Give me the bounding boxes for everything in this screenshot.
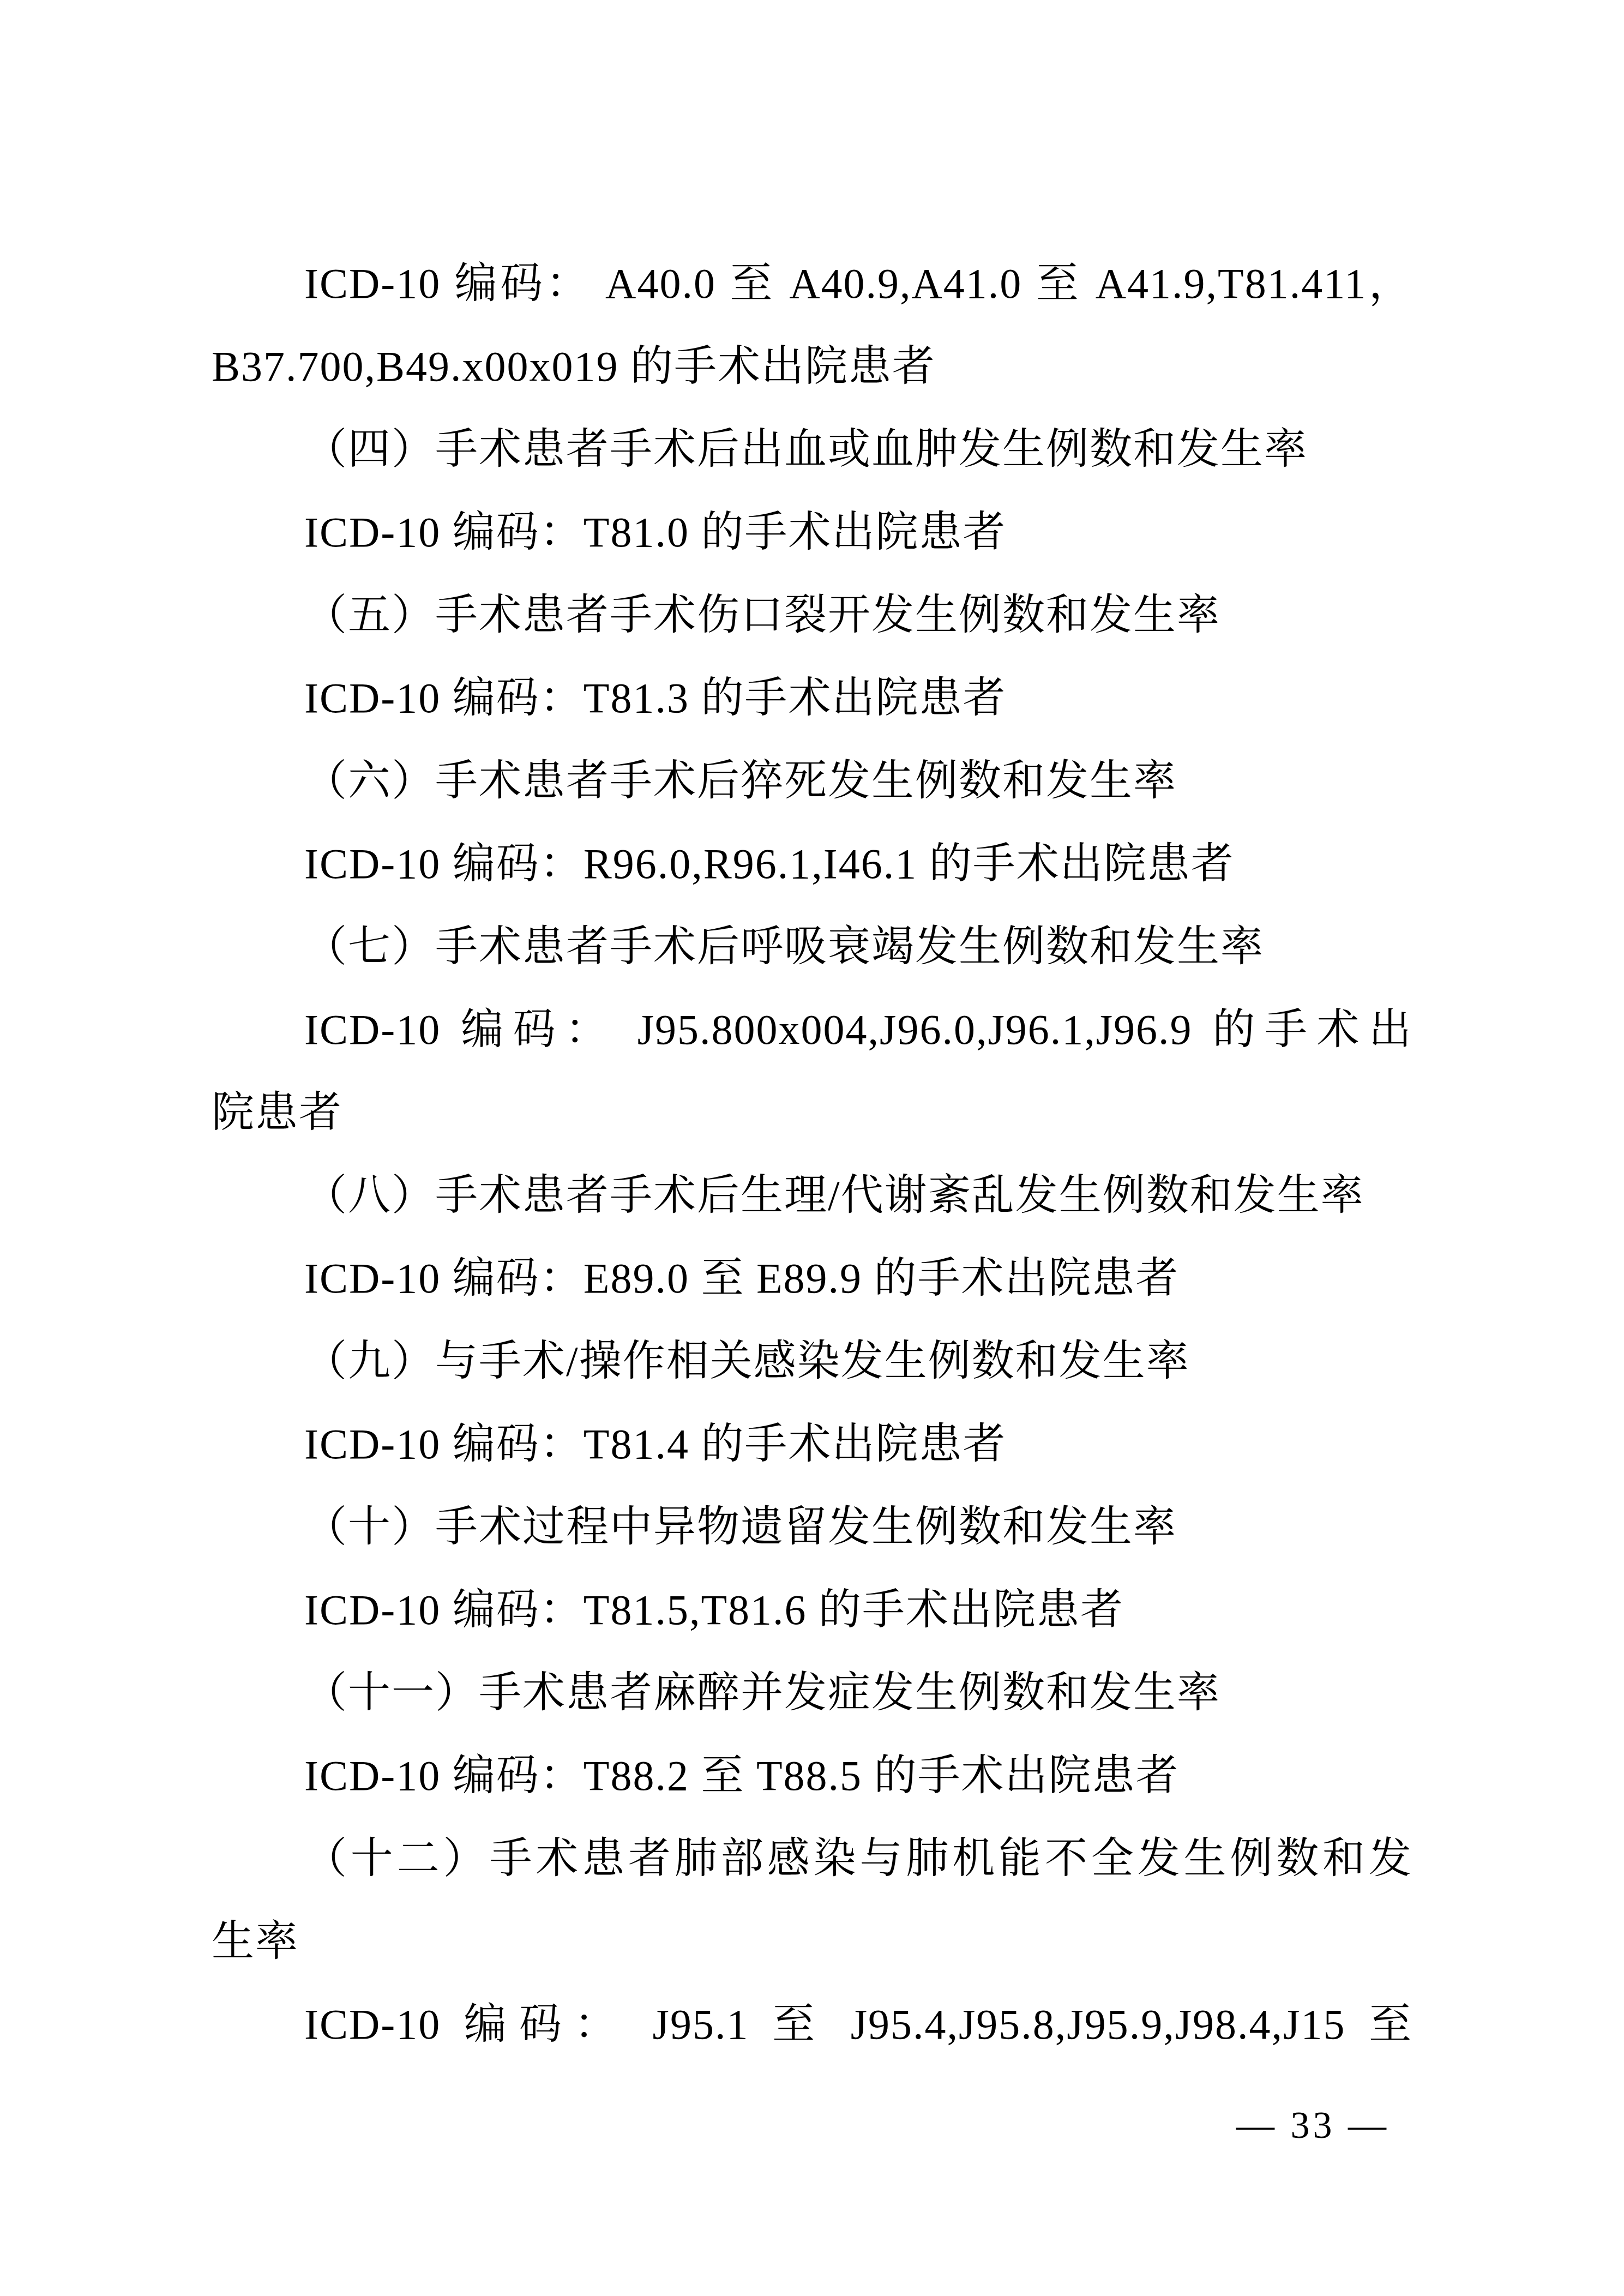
text-line: ICD-10 编码：T81.5,T81.6 的手术出院患者: [212, 1568, 1412, 1651]
text-line: （四）手术患者手术后出血或血肿发生例数和发生率: [212, 408, 1412, 491]
text-line: （六）手术患者手术后猝死发生例数和发生率: [212, 740, 1412, 822]
text-line: （九）与手术/操作相关感染发生例数和发生率: [212, 1320, 1412, 1403]
text-line: ICD-10 编码：T81.4 的手术出院患者: [212, 1403, 1412, 1486]
text-line: （十）手术过程中异物遗留发生例数和发生率: [212, 1486, 1412, 1568]
text-line: ICD-10 编码：E89.0 至 E89.9 的手术出院患者: [212, 1237, 1412, 1320]
text-line: ICD-10 编码：T81.3 的手术出院患者: [212, 657, 1412, 740]
text-line: 院患者: [212, 1071, 1412, 1154]
text-line: ICD-10 编码： J95.800x004,J96.0,J96.1,J96.9…: [212, 988, 1412, 1071]
text-line: （五）手术患者手术伤口裂开发生例数和发生率: [212, 574, 1412, 657]
text-line: ICD-10 编码：T88.2 至 T88.5 的手术出院患者: [212, 1734, 1412, 1817]
page-number: — 33 —: [1236, 2099, 1390, 2153]
document-page: ICD-10 编码： A40.0 至 A40.9,A41.0 至 A41.9,T…: [0, 0, 1624, 2296]
text-line: ICD-10 编码： A40.0 至 A40.9,A41.0 至 A41.9,T…: [212, 242, 1412, 325]
text-line: （十一）手术患者麻醉并发症发生例数和发生率: [212, 1651, 1412, 1734]
text-line: （八）手术患者手术后生理/代谢紊乱发生例数和发生率: [212, 1154, 1412, 1237]
text-line: ICD-10 编码： J95.1 至 J95.4,J95.8,J95.9,J98…: [212, 1983, 1412, 2066]
document-body: ICD-10 编码： A40.0 至 A40.9,A41.0 至 A41.9,T…: [212, 242, 1412, 2066]
text-line: ICD-10 编码：R96.0,R96.1,I46.1 的手术出院患者: [212, 822, 1412, 905]
text-line: （十二）手术患者肺部感染与肺机能不全发生例数和发: [212, 1817, 1412, 1900]
text-line: （七）手术患者手术后呼吸衰竭发生例数和发生率: [212, 905, 1412, 988]
text-line: ICD-10 编码：T81.0 的手术出院患者: [212, 491, 1412, 574]
text-line: 生率: [212, 1900, 1412, 1983]
text-line: B37.700,B49.x00x019 的手术出院患者: [212, 325, 1412, 408]
